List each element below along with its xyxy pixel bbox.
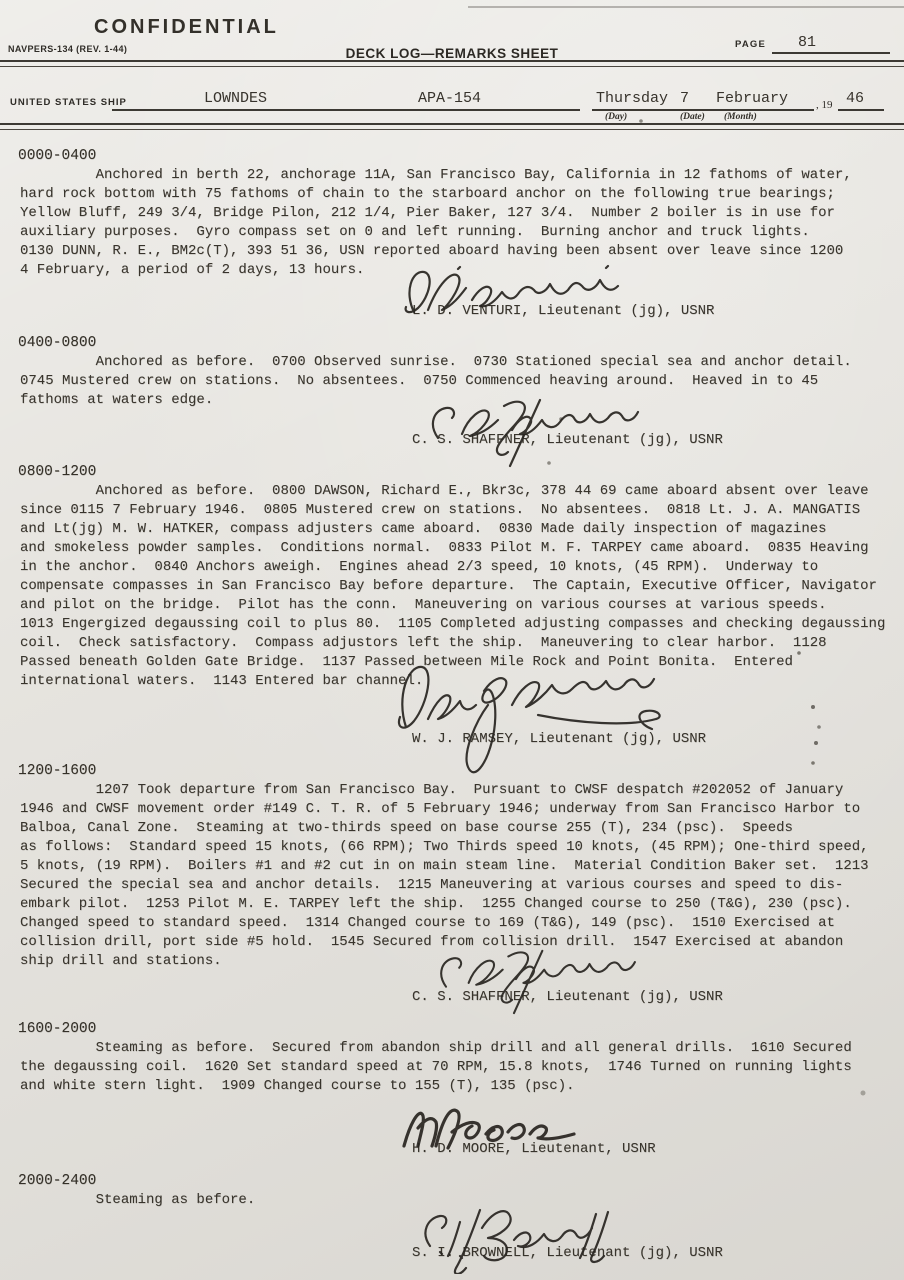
scan-specks	[0, 0, 2, 2]
watch-period: 0400-0800	[18, 333, 904, 353]
log-section-1200-1600: 1200-1600 1207 Took departure from San F…	[0, 761, 904, 1019]
watch-period: 2000-2400	[18, 1171, 904, 1191]
month-caption: (Month)	[724, 112, 757, 122]
ship-name-field: LOWNDES APA-154	[112, 81, 580, 111]
header-rule-bottom	[0, 123, 904, 130]
header-rule	[0, 60, 904, 67]
signature-typed-name: L. D. VENTURI, Lieutenant (jg), USNR	[412, 303, 714, 319]
log-entry-text: Anchored as before. 0700 Observed sunris…	[20, 353, 904, 410]
signature-typed-name: C. S. SHAFFNER, Lieutenant (jg), USNR	[412, 989, 723, 1005]
log-entry-text: Steaming as before. Secured from abandon…	[20, 1039, 904, 1096]
date-day: Thursday	[596, 90, 668, 107]
ship-hull-number: APA-154	[418, 90, 481, 107]
signature-typed-name: H. D. MOORE, Lieutenant, USNR	[412, 1141, 656, 1157]
watch-period: 0800-1200	[18, 462, 904, 482]
signature-block: H. D. MOORE, Lieutenant, USNR	[0, 1096, 904, 1171]
log-section-0400-0800: 0400-0800 Anchored as before. 0700 Obser…	[0, 333, 904, 462]
log-entry-text: 1207 Took departure from San Francisco B…	[20, 781, 904, 971]
year-field: 46	[838, 81, 884, 111]
day-caption: (Day)	[605, 112, 627, 122]
document-title: DECK LOG—REMARKS SHEET	[0, 46, 904, 61]
signature-typed-name: W. J. RAMSEY, Lieutenant (jg), USNR	[412, 731, 706, 747]
date-month: February	[716, 90, 788, 107]
date-field: Thursday 7 February	[592, 81, 814, 111]
signature-typed-name: C. S. SHAFFNER, Lieutenant (jg), USNR	[412, 432, 723, 448]
log-entries: 0000-0400 Anchored in berth 22, anchorag…	[0, 146, 904, 1275]
log-section-1600-2000: 1600-2000 Steaming as before. Secured fr…	[0, 1019, 904, 1171]
signature-block: S. I. BROWNELL, Lieutenant (jg), USNR	[0, 1210, 904, 1275]
signature-script-brownell	[396, 1202, 624, 1274]
year-prefix: , 19	[816, 99, 833, 111]
watch-period: 1600-2000	[18, 1019, 904, 1039]
signature-block: C. S. SHAFFNER, Lieutenant (jg), USNR	[0, 410, 904, 462]
watch-period: 0000-0400	[18, 146, 904, 166]
signature-typed-name: S. I. BROWNELL, Lieutenant (jg), USNR	[412, 1245, 723, 1261]
classification-stamp: CONFIDENTIAL	[94, 16, 279, 39]
date-year: 46	[846, 90, 864, 107]
watch-period: 1200-1600	[18, 761, 904, 781]
log-entry-text: Steaming as before.	[20, 1191, 904, 1210]
deck-log-remarks-sheet: CONFIDENTIAL PAGE 81 NAVPERS-134 (REV. 1…	[0, 0, 904, 1280]
log-entry-text: Anchored as before. 0800 DAWSON, Richard…	[20, 482, 904, 691]
signature-block: C. S. SHAFFNER, Lieutenant (jg), USNR	[0, 971, 904, 1019]
signature-block: L. D. VENTURI, Lieutenant (jg), USNR	[0, 280, 904, 333]
log-entry-text: Anchored in berth 22, anchorage 11A, San…	[20, 166, 904, 280]
log-section-0800-1200: 0800-1200 Anchored as before. 0800 DAWSO…	[0, 462, 904, 761]
ship-name: LOWNDES	[204, 90, 267, 107]
date-caption: (Date)	[680, 112, 705, 122]
ship-label: UNITED STATES SHIP	[10, 97, 127, 108]
log-section-2000-2400: 2000-2400 Steaming as before. S. I. BROW…	[0, 1171, 904, 1275]
scan-edge-line	[468, 6, 904, 8]
log-section-0000-0400: 0000-0400 Anchored in berth 22, anchorag…	[0, 146, 904, 333]
date-number: 7	[680, 90, 689, 107]
signature-block: W. J. RAMSEY, Lieutenant (jg), USNR	[0, 691, 904, 761]
